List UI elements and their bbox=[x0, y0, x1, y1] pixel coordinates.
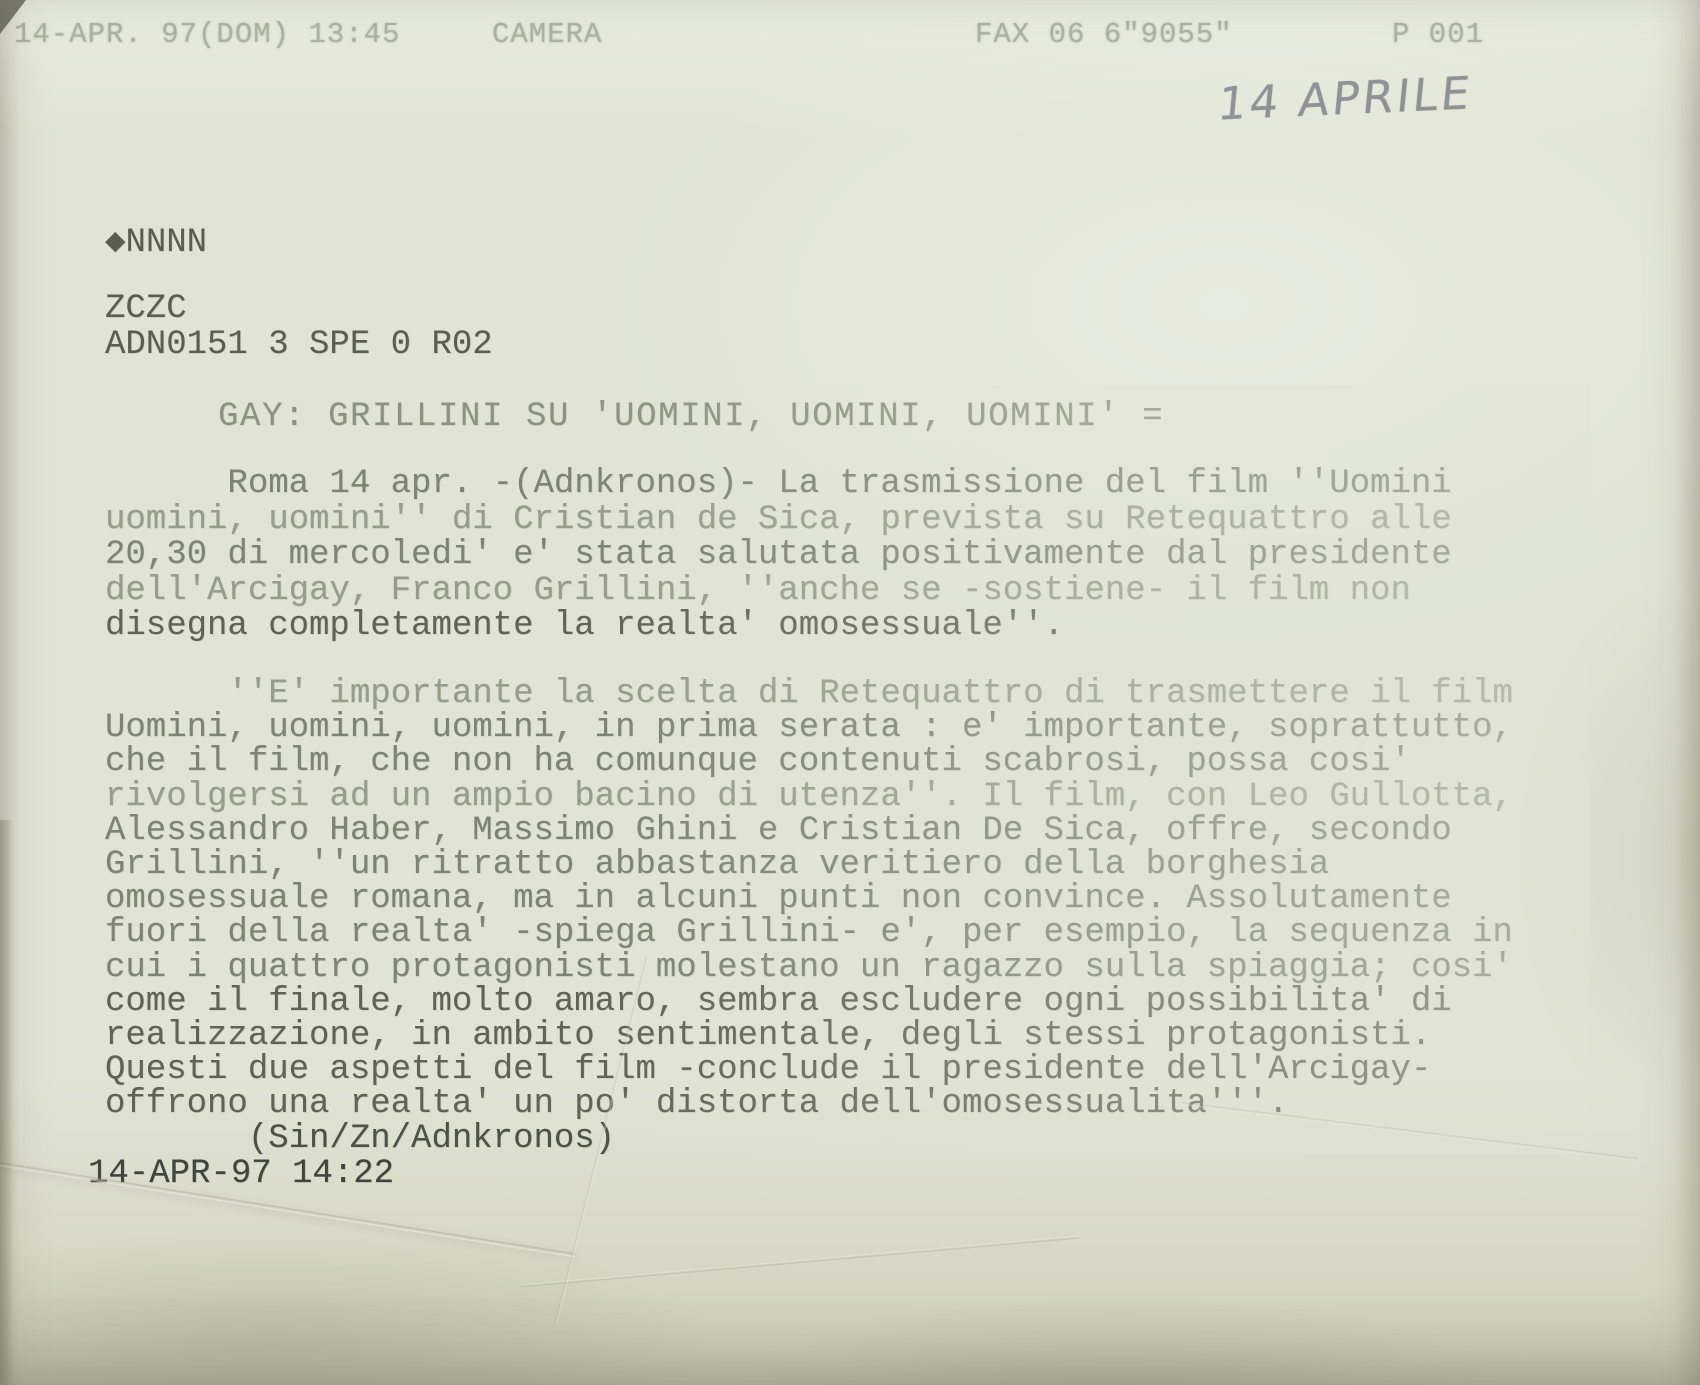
paper-crease bbox=[521, 1236, 1079, 1288]
wire-timestamp: 14-APR-97 14:22 bbox=[88, 1155, 394, 1193]
telex-line: ''E' importante la scelta di Retequattro… bbox=[105, 677, 1513, 711]
telex-line: realizzazione, in ambito sentimentale, d… bbox=[105, 1019, 1513, 1053]
telex-line: Questi due aspetti del film -conclude il… bbox=[105, 1053, 1513, 1087]
telex-line: Uomini, uomini, uomini, in prima serata … bbox=[105, 711, 1513, 745]
wire-timestamp-block: 14-APR-97 14:22 bbox=[88, 1155, 394, 1193]
article-headline: GAY: GRILLINI SU 'UOMINI, UOMINI, UOMINI… bbox=[218, 398, 1164, 436]
telex-line: Roma 14 apr. -(Adnkronos)- La trasmissio… bbox=[105, 467, 1452, 503]
telex-line: offrono una realta' un po' distorta dell… bbox=[105, 1087, 1513, 1121]
telex-end-marker-block: ◆NNNN bbox=[105, 220, 207, 262]
telex-line: omosessuale romana, ma in alcuni punti n… bbox=[105, 882, 1513, 916]
telex-routing-block: ZCZC ADN0151 3 SPE 0 R02 bbox=[105, 291, 493, 363]
fax-header-page-number: P 001 bbox=[1392, 18, 1484, 51]
agency-signature: (Sin/Zn/Adnkronos) bbox=[105, 1122, 1513, 1156]
telex-line: fuori della realta' -spiega Grillini- e'… bbox=[105, 916, 1513, 950]
telex-line: Grillini, ''un ritratto abbastanza verit… bbox=[105, 848, 1513, 882]
fax-header-number: FAX 06 6"9055" bbox=[975, 18, 1233, 51]
fax-header-station: CAMERA bbox=[492, 18, 602, 51]
telex-line: come il finale, molto amaro, sembra escl… bbox=[105, 985, 1513, 1019]
paper-edge-shadow bbox=[0, 820, 14, 1385]
fax-document-page: 14-APR. 97(DOM) 13:45 CAMERA FAX 06 6"90… bbox=[0, 0, 1700, 1385]
telex-line: uomini, uomini'' di Cristian de Sica, pr… bbox=[105, 503, 1452, 539]
telex-line: Alessandro Haber, Massimo Ghini e Cristi… bbox=[105, 814, 1513, 848]
telex-line: rivolgersi ad un ampio bacino di utenza'… bbox=[105, 780, 1513, 814]
telex-line: cui i quattro protagonisti molestano un … bbox=[105, 951, 1513, 985]
headline-block: GAY: GRILLINI SU 'UOMINI, UOMINI, UOMINI… bbox=[218, 398, 1164, 436]
paragraph-1: Roma 14 apr. -(Adnkronos)- La trasmissio… bbox=[105, 467, 1452, 645]
telex-start-marker: ZCZC bbox=[105, 291, 493, 327]
fax-header-datetime: 14-APR. 97(DOM) 13:45 bbox=[14, 18, 400, 51]
telex-end-marker: ◆NNNN bbox=[105, 220, 207, 262]
handwritten-date-annotation: 14 APRILE bbox=[1216, 66, 1475, 130]
telex-line: disegna completamente la realta' omosess… bbox=[105, 609, 1452, 645]
telex-line: dell'Arcigay, Franco Grillini, ''anche s… bbox=[105, 574, 1452, 610]
telex-line: che il film, che non ha comunque contenu… bbox=[105, 745, 1513, 779]
telex-service-line: ADN0151 3 SPE 0 R02 bbox=[105, 327, 493, 363]
paragraph-2: ''E' importante la scelta di Retequattro… bbox=[105, 677, 1513, 1156]
telex-line: 20,30 di mercoledi' e' stata salutata po… bbox=[105, 538, 1452, 574]
